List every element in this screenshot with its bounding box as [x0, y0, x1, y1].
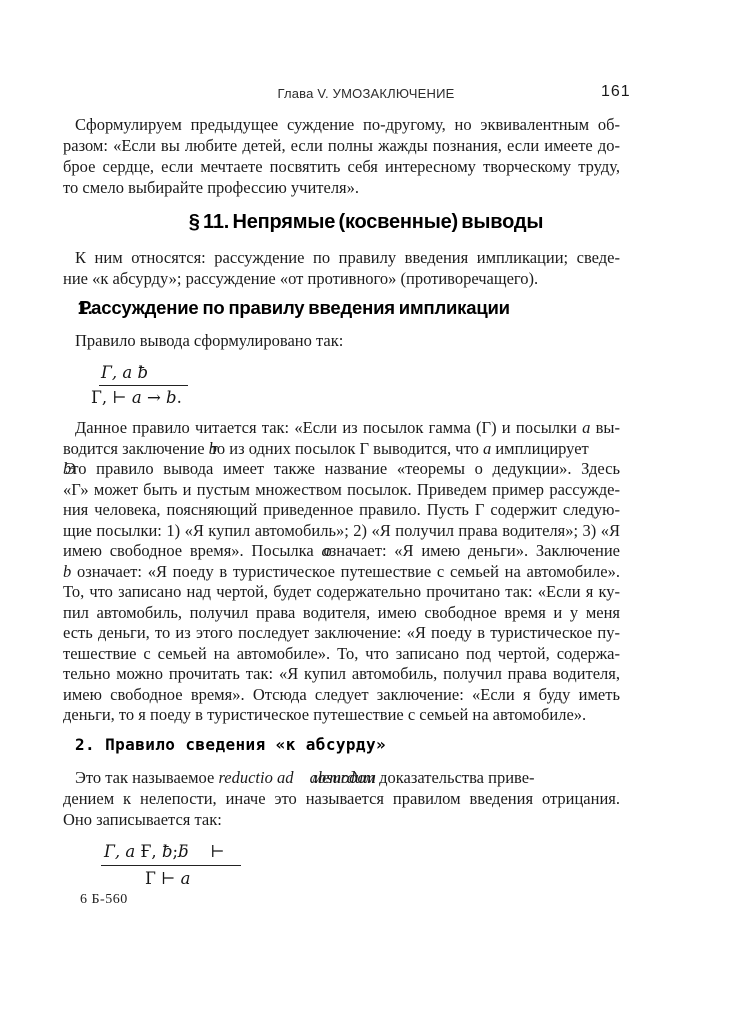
text-line: тешествие с семьей на автомобиле». То, ч… [63, 644, 620, 665]
paragraph-reductio-intro: Это так называемое reductio ad absurdumм… [63, 767, 620, 830]
formula-denominator: Г, ⊢ a → b. [91, 388, 188, 408]
text-line: ния человека, поясняющий приведенное пра… [63, 500, 620, 521]
formula-numerator: Г, a Ғ, ƀ;ƃ ⊢ [101, 842, 241, 866]
text-line: пил автомобиль, получил права водителя, … [63, 603, 620, 624]
text-line: Оно записывается так: [63, 809, 620, 830]
text-line: имею свободное время». Посылка aозначает… [63, 541, 620, 562]
book-page: Глава V. УМОЗАКЛЮЧЕНИЕ 161 Сформулируем … [0, 0, 732, 1024]
text-line: деньги, то я поеду в туристическое путеш… [63, 705, 620, 726]
paragraph-equivalent-judgement: Сформулируем предыдущее суждение по-друг… [63, 114, 620, 198]
formula-denominator: Г ⊢ a [145, 869, 241, 889]
subheading-implication-rule: 1.Рассуждение по правилу введения имплик… [79, 297, 510, 319]
page-number: 161 [601, 83, 631, 101]
text-line: Правило вывода сформулировано так: [63, 330, 620, 351]
formula-reductio-ad-absurdum: Г, a Ғ, ƀ;ƃ ⊢ Г ⊢ a [101, 842, 241, 889]
text-line: bЭто правило вывода имеет также название… [63, 459, 620, 480]
text-line: К ним относятся: рассуждение по правилу … [63, 247, 620, 268]
formula-implication-introduction: Г, a ƀ Г, ⊢ a → b. [91, 363, 188, 408]
text-line: брое сердце, если мечтаете посвятить себ… [63, 156, 620, 177]
text-line: Сформулируем предыдущее суждение по-друг… [63, 114, 620, 135]
text-line: То, что записано над чертой, будет содер… [63, 582, 620, 603]
paragraph-rule-intro: Правило вывода сформулировано так: [63, 330, 620, 351]
text-line: есть деньги, то из этого последует заклю… [63, 623, 620, 644]
print-signature: 6 Б-560 [80, 892, 128, 908]
text-line: имею свободное время». Отсюда следует за… [63, 685, 620, 706]
text-line: «Г» может быть и пустым множеством посыл… [63, 480, 620, 501]
text-line: Это так называемое reductio ad absurdumм… [63, 767, 620, 788]
text-line: Данное правило читается так: «Если из по… [63, 418, 620, 439]
section-heading: § 11. Непрямые (косвенные) выводы [0, 211, 732, 234]
text-line: дением к нелепости, иначе это называется… [63, 788, 620, 809]
text-line: водится заключение bто из одних посылок … [63, 439, 620, 460]
text-line: ние «к абсурду»; рассуждение «от противн… [63, 268, 620, 289]
subheading-reductio-rule: 2. Правило сведения «к абсурду» [75, 735, 386, 754]
text-line: b означает: «Я поеду в туристическое пут… [63, 562, 620, 583]
formula-numerator: Г, a ƀ [99, 363, 188, 386]
paragraph-indirect-list: К ним относятся: рассуждение по правилу … [63, 247, 620, 289]
text-line: щие посылки: 1) «Я купил автомобиль»; 2)… [63, 521, 620, 542]
text-line: тельно можно прочитать так: «Я купил авт… [63, 664, 620, 685]
text-line: то смело выбирайте профессию учителя». [63, 177, 620, 198]
text-line: разом: «Если вы любите детей, если полны… [63, 135, 620, 156]
paragraph-rule-explanation: Данное правило читается так: «Если из по… [63, 418, 620, 726]
